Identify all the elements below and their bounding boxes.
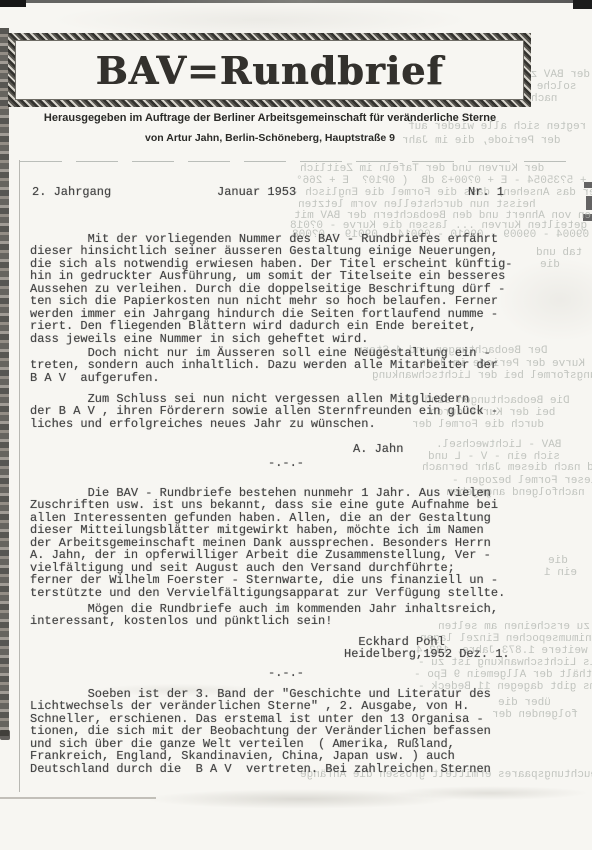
signature: A. Jahn bbox=[353, 443, 403, 455]
text-line: riert. Den fliegenden Blättern wird dadu… bbox=[30, 320, 512, 332]
text-line: tionen, die sich mit der Beobachtung der… bbox=[30, 725, 491, 737]
text-line: terstützte und den Vervielfältigungsappa… bbox=[30, 587, 505, 599]
binding-edge-artifact bbox=[0, 730, 10, 740]
publisher-line: Herausgegeben im Auftrage der Berliner A… bbox=[0, 112, 540, 124]
issue-date: Januar 1953 bbox=[217, 186, 296, 198]
issue-volume: 2. Jahrgang bbox=[32, 186, 111, 198]
text-line: Frankreich, England, Skandinavien, China… bbox=[30, 750, 491, 762]
bleedthrough-rule-line bbox=[20, 161, 572, 162]
section-separator: -.-.- bbox=[268, 667, 304, 679]
body-paragraph: Mit der vorliegenden Nummer des BAV - Ru… bbox=[30, 233, 512, 345]
scan-corner-artifact bbox=[573, 0, 592, 9]
body-paragraph: Doch nicht nur im Äusseren soll eine Neu… bbox=[30, 347, 498, 384]
text-line: Heidelberg,1952 Dez. 1. bbox=[344, 648, 510, 660]
bleedthrough-text: folgenden der bbox=[492, 710, 578, 721]
bleedthrough-text: lag über das Ansehen, dass die Formel di… bbox=[292, 188, 592, 199]
bleedthrough-text: die bbox=[548, 556, 568, 567]
text-line: B A V aufgerufen. bbox=[30, 372, 498, 384]
text-line: Deutschland durch die B A V vertreten. B… bbox=[30, 763, 491, 775]
text-line: dass jeweils eine Nummer in sich gehefte… bbox=[30, 333, 512, 345]
text-line: ten sich die Papierkosten nun nicht mehr… bbox=[30, 295, 512, 307]
text-line: interessant, kostenlos und pünktlich sei… bbox=[30, 615, 498, 627]
publisher-address-line: von Artur Jahn, Berlin-Schöneberg, Haupt… bbox=[0, 132, 540, 144]
masthead-frame: BAV=Rundbrief bbox=[8, 33, 531, 107]
scan-bottom-line-artifact bbox=[0, 797, 156, 799]
body-paragraph: Die BAV - Rundbriefe bestehen nunmehr 1 … bbox=[30, 487, 505, 599]
text-line: A. Jahn bbox=[353, 443, 403, 455]
text-line: -.-.- bbox=[268, 667, 304, 679]
body-paragraph: Mögen die Rundbriefe auch im kommenden J… bbox=[30, 603, 498, 628]
bleedthrough-text: sammengesetzt gedacht. Demnach enthält d… bbox=[414, 670, 592, 681]
text-line: A. Jahn, der in opferwilliger Arbeit die… bbox=[30, 549, 505, 561]
bleedthrough-text: über die bbox=[498, 698, 551, 709]
issue-number: Nr. 1 bbox=[468, 186, 504, 198]
scanned-newsletter-page: der BAV zu den Sternwartesolche Periode … bbox=[0, 0, 592, 850]
text-line: hin in gedruckter Ausführung, um somit d… bbox=[30, 270, 512, 282]
bleedthrough-text: BAV - Lichtwechsel. bbox=[436, 440, 561, 451]
bleedthrough-text: und nach diesem Jahr bernach bbox=[422, 463, 592, 474]
bleedthrough-text: tab und bbox=[536, 248, 582, 259]
text-line: dieser Mitteilungsblätter mitgewirkt hab… bbox=[30, 524, 505, 536]
bleedthrough-text: der Kurven und der Tafeln im Zeitlich bbox=[300, 164, 544, 175]
text-line: ferner der Wilhelm Foerster - Sternwarte… bbox=[30, 574, 505, 586]
section-separator: -.-.- bbox=[268, 457, 304, 469]
bleedthrough-text: die bbox=[540, 260, 560, 271]
text-line: -.-.- bbox=[268, 457, 304, 469]
scan-corner-artifact bbox=[0, 0, 26, 7]
scan-top-edge-artifact bbox=[0, 0, 592, 3]
body-paragraph: Zum Schluss sei nun nicht vergessen alle… bbox=[30, 393, 498, 430]
page-fold-line bbox=[19, 160, 20, 792]
bleedthrough-text: ein 1 bbox=[544, 568, 577, 579]
text-line: liches und erfolgreiches neues Jahr zu w… bbox=[30, 418, 498, 430]
newsletter-title: BAV=Rundbrief bbox=[95, 48, 443, 93]
body-paragraph: Soeben ist der 3. Band der "Geschichte u… bbox=[30, 688, 491, 775]
signature: Eckhard PohlHeidelberg,1952 Dez. 1. bbox=[344, 636, 510, 661]
bleedthrough-text: + 5?35054 - E + 0?00+3 dB ( 0P10? E + 26… bbox=[296, 176, 586, 187]
